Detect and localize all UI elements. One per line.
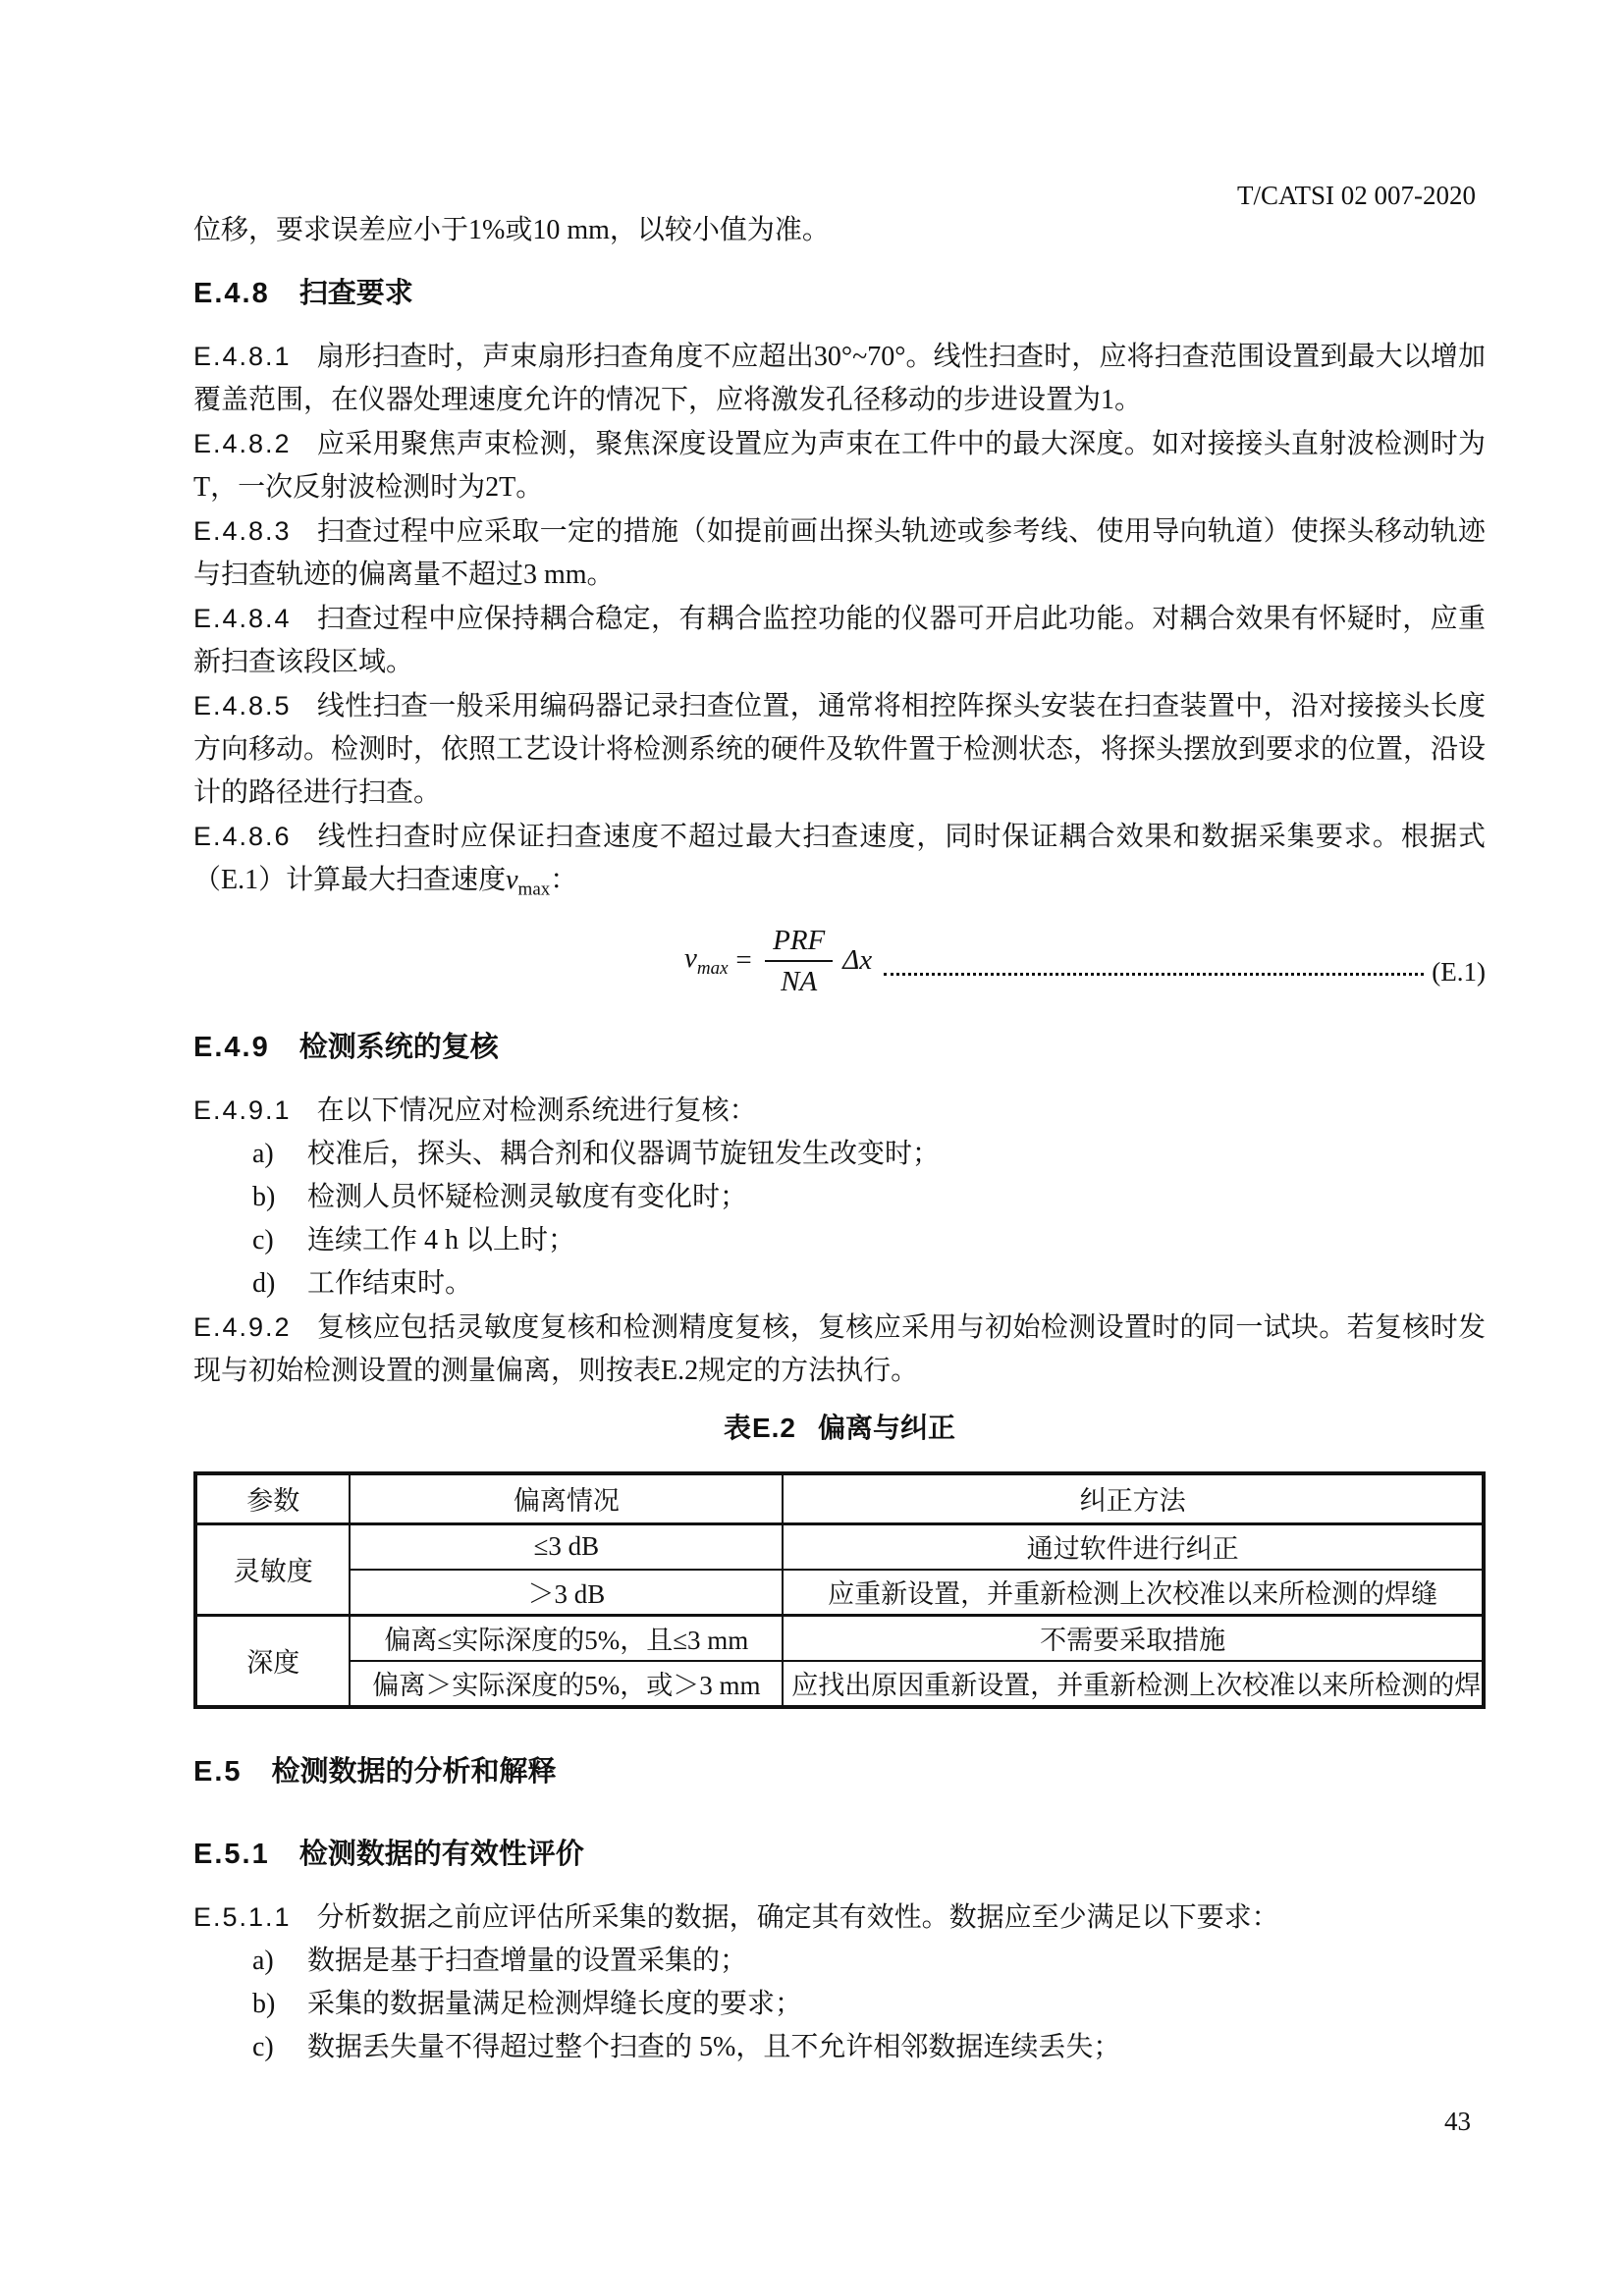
document-page: T/CATSI 02 007-2020 位移，要求误差应小于1%或10 mm，以…	[0, 0, 1624, 2296]
fraction-denominator: NA	[765, 962, 833, 999]
list-marker: b)	[252, 1176, 307, 1219]
table-row: 深度 偏离≤实际深度的5%，且≤3 mm 不需要采取措施	[195, 1615, 1484, 1661]
equation-label: (E.1)	[1432, 957, 1486, 988]
section-title: 检测数据的有效性评价	[299, 1839, 584, 1870]
list-item: a)校准后，探头、耦合剂和仪器调节旋钮发生改变时；	[193, 1133, 1486, 1176]
clause-number: E.5.1.1	[193, 1902, 292, 1932]
formula-e1: vmax = PRF NA Δx (E.1)	[193, 916, 1486, 1006]
list-item: c)连续工作 4 h 以上时；	[193, 1219, 1486, 1262]
fraction-numerator: PRF	[765, 923, 833, 962]
table-header-row: 参数 偏离情况 纠正方法	[195, 1473, 1484, 1524]
clause-text: 在以下情况应对检测系统进行复核：	[317, 1095, 757, 1126]
fraction: PRF NA	[765, 923, 833, 999]
section-heading-e5: E.5检测数据的分析和解释	[193, 1750, 1486, 1793]
intro-paragraph: 位移，要求误差应小于1%或10 mm，以较小值为准。	[193, 209, 1486, 252]
clause-e491: E.4.9.1在以下情况应对检测系统进行复核：	[193, 1089, 1486, 1133]
list-text: 校准后，探头、耦合剂和仪器调节旋钮发生改变时；	[307, 1139, 940, 1169]
clause-e511: E.5.1.1分析数据之前应评估所采集的数据，确定其有效性。数据应至少满足以下要…	[193, 1896, 1486, 1940]
list-text: 数据丢失量不得超过整个扫查的 5%，且不允许相邻数据连续丢失；	[307, 2032, 1120, 2062]
section-title: 扫查要求	[299, 278, 413, 309]
section-number: E.5	[193, 1756, 243, 1788]
clause-number: E.4.8.3	[193, 516, 292, 546]
correction-cell: 应找出原因重新设置，并重新检测上次校准以来所检测的焊缝	[783, 1661, 1484, 1707]
table-row: 灵敏度 ≤3 dB 通过软件进行纠正	[195, 1523, 1484, 1570]
clause-number: E.4.8.2	[193, 429, 292, 458]
equals-sign: =	[734, 944, 754, 977]
clause-e481: E.4.8.1扇形扫查时，声束扇形扫查角度不应超出30°~70°。线性扫查时，应…	[193, 335, 1486, 422]
doc-code: T/CATSI 02 007-2020	[193, 182, 1486, 209]
clause-text: 线性扫查一般采用编码器记录扫查位置，通常将相控阵探头安装在扫查装置中，沿对接接头…	[193, 691, 1486, 808]
list-marker: a)	[252, 1133, 307, 1176]
clause-e482: E.4.8.2应采用聚焦声束检测，聚焦深度设置应为声束在工件中的最大深度。如对接…	[193, 422, 1486, 509]
clause-e485: E.4.8.5线性扫查一般采用编码器记录扫查位置，通常将相控阵探头安装在扫查装置…	[193, 684, 1486, 815]
list-item: c)数据丢失量不得超过整个扫查的 5%，且不允许相邻数据连续丢失；	[193, 2026, 1486, 2069]
list-item: b)检测人员怀疑检测灵敏度有变化时；	[193, 1176, 1486, 1219]
clause-text: 扇形扫查时，声束扇形扫查角度不应超出30°~70°。线性扫查时，应将扫查范围设置…	[193, 342, 1486, 415]
deviation-cell: ＞3 dB	[350, 1570, 783, 1616]
param-depth: 深度	[195, 1615, 350, 1707]
clause-number: E.4.9.2	[193, 1312, 292, 1342]
list-item: a)数据是基于扫查增量的设置采集的；	[193, 1940, 1486, 1983]
clause-number: E.4.8.5	[193, 691, 292, 721]
clause-number: E.4.8.6	[193, 822, 292, 851]
clause-e492: E.4.9.2复核应包括灵敏度复核和检测精度复核，复核应采用与初始检测设置时的同…	[193, 1306, 1486, 1393]
clause-tail: ：	[550, 865, 577, 895]
clause-text: 扫查过程中应采取一定的措施（如提前画出探头轨迹或参考线、使用导向轨道）使探头移动…	[193, 516, 1486, 590]
list-item: b)采集的数据量满足检测焊缝长度的要求；	[193, 1983, 1486, 2026]
list-item: d)工作结束时。	[193, 1262, 1486, 1306]
clause-number: E.4.9.1	[193, 1095, 292, 1125]
formula-delta-x: Δx	[842, 944, 872, 977]
list-marker: b)	[252, 1983, 307, 2026]
clause-text: 应采用聚焦声束检测，聚焦深度设置应为声束在工件中的最大深度。如对接接头直射波检测…	[193, 429, 1486, 503]
list-marker: c)	[252, 2026, 307, 2069]
deviation-cell: ≤3 dB	[350, 1523, 783, 1570]
list-marker: a)	[252, 1940, 307, 1983]
correction-cell: 通过软件进行纠正	[783, 1523, 1484, 1570]
table-caption: 表E.2偏离与纠正	[193, 1407, 1486, 1450]
table-row: 偏离＞实际深度的5%，或＞3 mm 应找出原因重新设置，并重新检测上次校准以来所…	[195, 1661, 1484, 1707]
clause-text: 扫查过程中应保持耦合稳定，有耦合监控功能的仪器可开启此功能。对耦合效果有怀疑时，…	[193, 604, 1486, 677]
velocity-variable: v	[506, 865, 517, 895]
table-caption-title: 偏离与纠正	[818, 1413, 955, 1443]
list-text: 数据是基于扫查增量的设置采集的；	[307, 1946, 747, 1976]
page-content: T/CATSI 02 007-2020 位移，要求误差应小于1%或10 mm，以…	[193, 182, 1486, 2069]
clause-e486: E.4.8.6线性扫查时应保证扫查速度不超过最大扫查速度，同时保证耦合效果和数据…	[193, 815, 1486, 912]
deviation-correction-table: 参数 偏离情况 纠正方法 灵敏度 ≤3 dB 通过软件进行纠正 ＞3 dB 应重…	[193, 1471, 1486, 1709]
section-title: 检测数据的分析和解释	[272, 1756, 557, 1788]
clause-text: 复核应包括灵敏度复核和检测精度复核，复核应采用与初始检测设置时的同一试块。若复核…	[193, 1312, 1486, 1386]
list-marker: c)	[252, 1219, 307, 1262]
deviation-cell: 偏离≤实际深度的5%，且≤3 mm	[350, 1615, 783, 1661]
table-caption-label: 表E.2	[724, 1413, 796, 1443]
header-deviation: 偏离情况	[350, 1473, 783, 1524]
clause-e484: E.4.8.4扫查过程中应保持耦合稳定，有耦合监控功能的仪器可开启此功能。对耦合…	[193, 597, 1486, 684]
section-number: E.5.1	[193, 1839, 270, 1870]
list-text: 采集的数据量满足检测焊缝长度的要求；	[307, 1989, 802, 2019]
list-marker: d)	[252, 1262, 307, 1306]
section-heading-e51: E.5.1检测数据的有效性评价	[193, 1833, 1486, 1876]
section-heading-e49: E.4.9检测系统的复核	[193, 1026, 1486, 1069]
clause-number: E.4.8.4	[193, 604, 292, 633]
section-title: 检测系统的复核	[299, 1032, 499, 1063]
table-row: ＞3 dB 应重新设置，并重新检测上次校准以来所检测的焊缝	[195, 1570, 1484, 1616]
header-correction: 纠正方法	[783, 1473, 1484, 1524]
header-param: 参数	[195, 1473, 350, 1524]
velocity-subscript: max	[518, 880, 551, 900]
list-text: 工作结束时。	[307, 1268, 472, 1299]
clause-number: E.4.8.1	[193, 342, 292, 371]
formula-lhs: vmax	[684, 942, 729, 980]
page-number: 43	[1444, 2107, 1471, 2136]
clause-e483: E.4.8.3扫查过程中应采取一定的措施（如提前画出探头轨迹或参考线、使用导向轨…	[193, 509, 1486, 597]
correction-cell: 不需要采取措施	[783, 1615, 1484, 1661]
list-text: 连续工作 4 h 以上时；	[307, 1225, 575, 1255]
dotted-leader	[884, 973, 1424, 976]
deviation-cell: 偏离＞实际深度的5%，或＞3 mm	[350, 1661, 783, 1707]
clause-text: 分析数据之前应评估所采集的数据，确定其有效性。数据应至少满足以下要求：	[317, 1902, 1279, 1933]
param-sensitivity: 灵敏度	[195, 1523, 350, 1615]
correction-cell: 应重新设置，并重新检测上次校准以来所检测的焊缝	[783, 1570, 1484, 1616]
section-number: E.4.8	[193, 278, 270, 309]
section-number: E.4.9	[193, 1032, 270, 1063]
section-heading-e48: E.4.8扫查要求	[193, 272, 1486, 315]
list-text: 检测人员怀疑检测灵敏度有变化时；	[307, 1182, 747, 1212]
clause-text: 线性扫查时应保证扫查速度不超过最大扫查速度，同时保证耦合效果和数据采集要求。根据…	[193, 822, 1486, 895]
